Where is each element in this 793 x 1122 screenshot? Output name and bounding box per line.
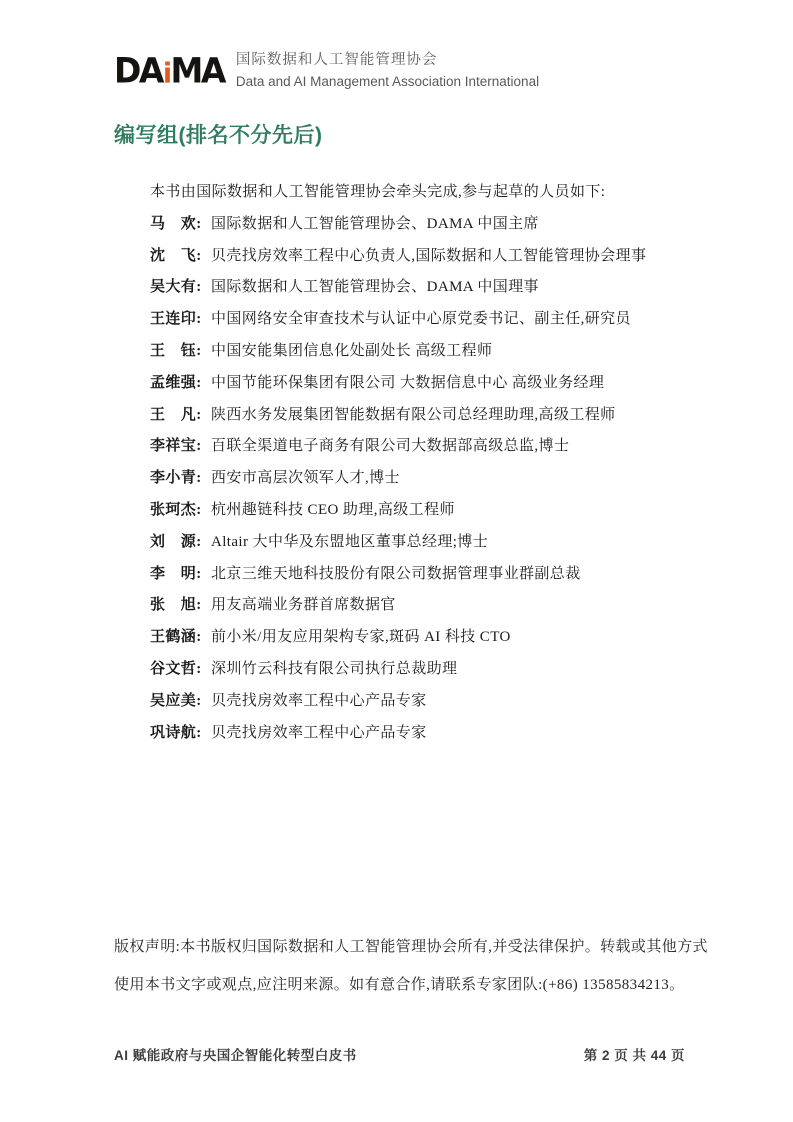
contributor-desc: 陕西水务发展集团智能数据有限公司总经理助理,高级工程师 (211, 400, 616, 432)
contributor-row: 孟维强: 中国节能环保集团有限公司 大数据信息中心 高级业务经理 (150, 368, 713, 400)
document-page: DAiMA 国际数据和人工智能管理协会 Data and AI Manageme… (0, 0, 793, 1122)
contributor-name: 王连印: (150, 304, 211, 336)
contributor-name: 王 凡: (150, 400, 211, 432)
contributor-name: 谷文哲: (150, 654, 211, 686)
contributor-name: 李祥宝: (150, 431, 211, 463)
contributor-row: 王鹤涵: 前小米/用友应用架构专家,斑码 AI 科技 CTO (150, 622, 713, 654)
contributor-desc: 国际数据和人工智能管理协会、DAMA 中国主席 (211, 209, 539, 241)
contributor-name: 王鹤涵: (150, 622, 211, 654)
footer-document-title: AI 赋能政府与央国企智能化转型白皮书 (114, 1044, 357, 1064)
daima-logo: DAiMA (114, 53, 224, 88)
logo-text-left: DA (114, 50, 162, 91)
contributor-desc: 深圳竹云科技有限公司执行总裁助理 (211, 654, 457, 686)
contributor-name: 吴应美: (150, 686, 211, 718)
contributor-row: 谷文哲: 深圳竹云科技有限公司执行总裁助理 (150, 654, 713, 686)
contributor-row: 巩诗航: 贝壳找房效率工程中心产品专家 (150, 718, 713, 750)
copyright-line-2: 使用本书文字或观点,应注明来源。如有意合作,请联系专家团队:(+86) 1358… (114, 966, 693, 1004)
footer-page-number: 第 2 页 共 44 页 (584, 1044, 685, 1064)
copyright-notice: 版权声明:本书版权归国际数据和人工智能管理协会所有,并受法律保护。转载或其他方式… (114, 928, 693, 1004)
contributor-row: 吴应美: 贝壳找房效率工程中心产品专家 (150, 686, 713, 718)
contributor-desc: 中国安能集团信息化处副处长 高级工程师 (211, 336, 492, 368)
contributor-desc: 西安市高层次领军人才,博士 (211, 463, 400, 495)
contributor-desc: 贝壳找房效率工程中心产品专家 (211, 686, 427, 718)
contributor-name: 沈 飞: (150, 241, 211, 273)
contributor-row: 吴大有: 国际数据和人工智能管理协会、DAMA 中国理事 (150, 272, 713, 304)
contributor-name: 吴大有: (150, 272, 211, 304)
contributor-desc: 用友高端业务群首席数据官 (211, 590, 396, 622)
contributor-desc: 贝壳找房效率工程中心负责人,国际数据和人工智能管理协会理事 (211, 241, 646, 273)
contributor-name: 巩诗航: (150, 718, 211, 750)
contributor-row: 刘 源: Altair 大中华及东盟地区董事总经理;博士 (150, 527, 713, 559)
contributor-desc: 北京三维天地科技股份有限公司数据管理事业群副总裁 (211, 559, 581, 591)
section-title: 编写组(排名不分先后) (114, 119, 323, 149)
contributor-desc: 中国节能环保集团有限公司 大数据信息中心 高级业务经理 (211, 368, 604, 400)
contributor-row: 张 旭: 用友高端业务群首席数据官 (150, 590, 713, 622)
contributor-desc: 中国网络安全审查技术与认证中心原党委书记、副主任,研究员 (211, 304, 631, 336)
contributor-row: 李祥宝: 百联全渠道电子商务有限公司大数据部高级总监,博士 (150, 431, 713, 463)
org-name-block: 国际数据和人工智能管理协会 Data and AI Management Ass… (236, 50, 539, 92)
contributor-desc: 百联全渠道电子商务有限公司大数据部高级总监,博士 (211, 431, 569, 463)
contributor-name: 李小青: (150, 463, 211, 495)
contributor-row: 张珂杰: 杭州趣链科技 CEO 助理,高级工程师 (150, 495, 713, 527)
org-name-cn: 国际数据和人工智能管理协会 (236, 50, 539, 71)
contributor-row: 李 明: 北京三维天地科技股份有限公司数据管理事业群副总裁 (150, 559, 713, 591)
page-footer: AI 赋能政府与央国企智能化转型白皮书 第 2 页 共 44 页 (114, 1044, 685, 1064)
copyright-line-1: 版权声明:本书版权归国际数据和人工智能管理协会所有,并受法律保护。转载或其他方式 (114, 928, 693, 966)
contributor-desc: 贝壳找房效率工程中心产品专家 (211, 718, 427, 750)
contributor-desc: 国际数据和人工智能管理协会、DAMA 中国理事 (211, 272, 539, 304)
intro-text: 本书由国际数据和人工智能管理协会牵头完成,参与起草的人员如下: (150, 177, 713, 209)
contributor-desc: 前小米/用友应用架构专家,斑码 AI 科技 CTO (211, 622, 511, 654)
contributors-section: 本书由国际数据和人工智能管理协会牵头完成,参与起草的人员如下: 马 欢: 国际数… (150, 177, 713, 749)
contributor-row: 王 凡: 陕西水务发展集团智能数据有限公司总经理助理,高级工程师 (150, 400, 713, 432)
contributor-name: 孟维强: (150, 368, 211, 400)
contributor-name: 李 明: (150, 559, 211, 591)
contributor-row: 马 欢: 国际数据和人工智能管理协会、DAMA 中国主席 (150, 209, 713, 241)
contributor-desc: Altair 大中华及东盟地区董事总经理;博士 (211, 527, 488, 559)
contributor-row: 沈 飞: 贝壳找房效率工程中心负责人,国际数据和人工智能管理协会理事 (150, 241, 713, 273)
contributor-row: 李小青: 西安市高层次领军人才,博士 (150, 463, 713, 495)
logo-text-right: MA (170, 50, 223, 91)
contributor-name: 刘 源: (150, 527, 211, 559)
logo-accent-i: i (163, 58, 170, 91)
contributor-desc: 杭州趣链科技 CEO 助理,高级工程师 (211, 495, 455, 527)
contributor-name: 张珂杰: (150, 495, 211, 527)
contributor-name: 张 旭: (150, 590, 211, 622)
org-header: DAiMA 国际数据和人工智能管理协会 Data and AI Manageme… (114, 50, 539, 92)
org-name-en: Data and AI Management Association Inter… (236, 71, 539, 92)
contributor-list: 马 欢: 国际数据和人工智能管理协会、DAMA 中国主席 沈 飞: 贝壳找房效率… (150, 209, 713, 750)
contributor-name: 王 钰: (150, 336, 211, 368)
contributor-name: 马 欢: (150, 209, 211, 241)
contributor-row: 王 钰: 中国安能集团信息化处副处长 高级工程师 (150, 336, 713, 368)
contributor-row: 王连印: 中国网络安全审查技术与认证中心原党委书记、副主任,研究员 (150, 304, 713, 336)
